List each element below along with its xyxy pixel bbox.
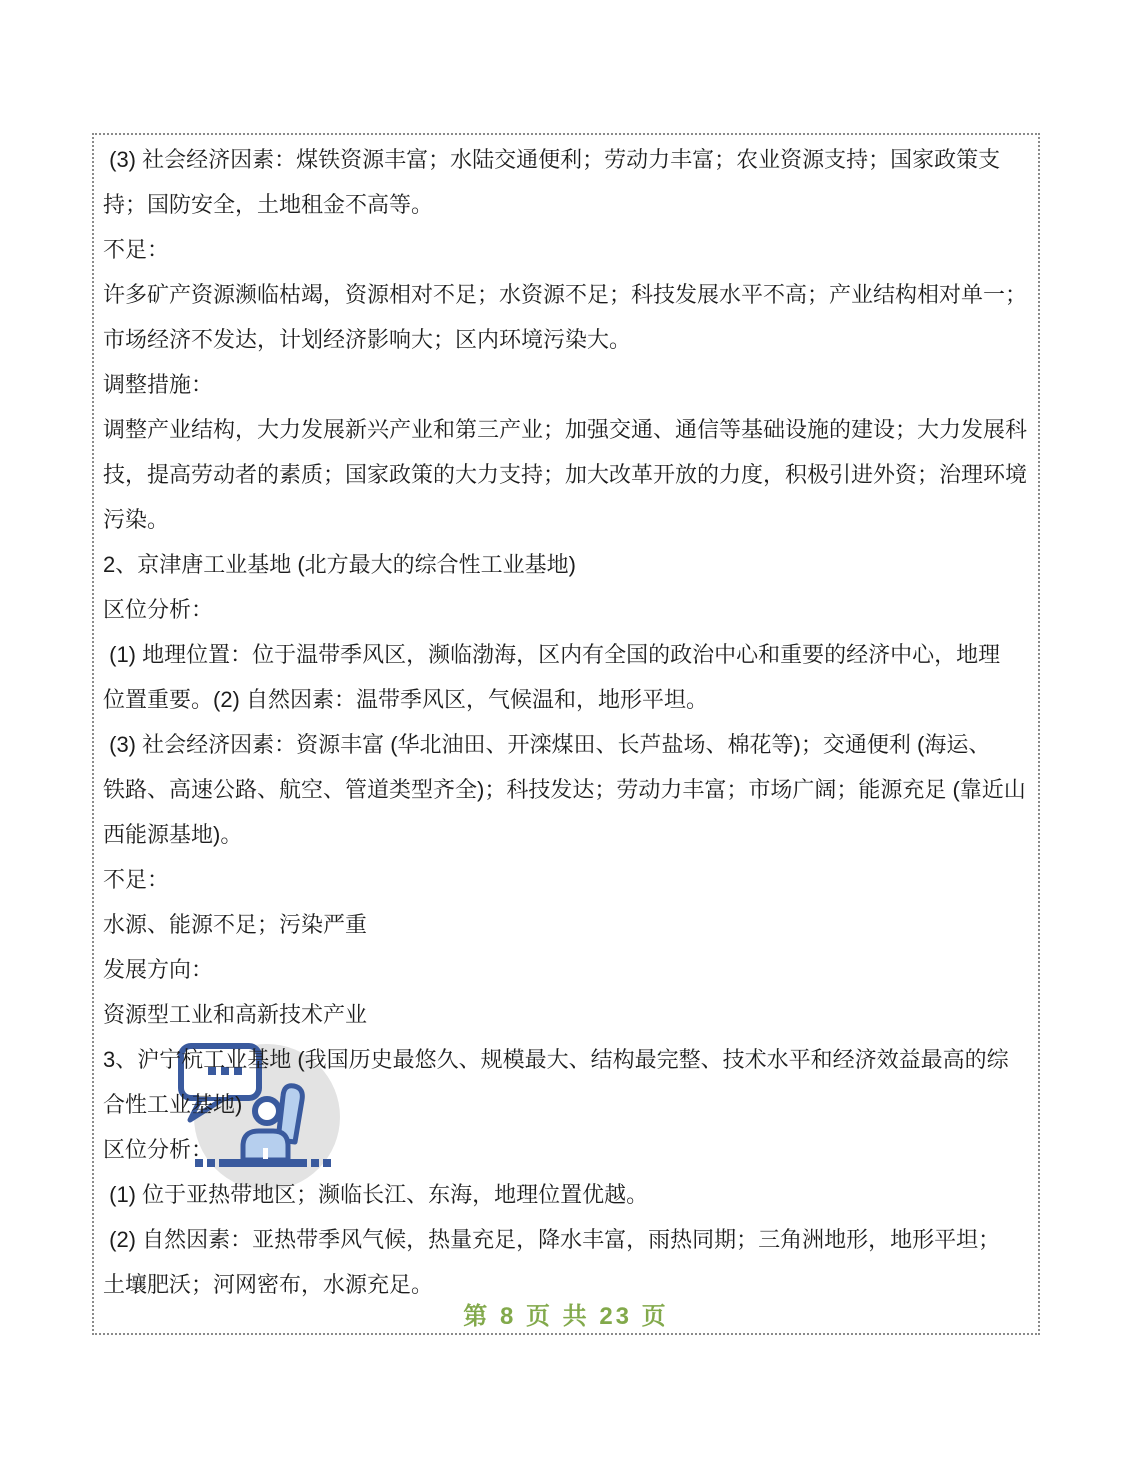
document-text-line: (3) 社会经济因素：煤铁资源丰富；水陆交通便利；劳动力丰富；农业资源支持；国家… xyxy=(103,137,1029,182)
document-text-line: 资源型工业和高新技术产业 xyxy=(103,992,1029,1037)
document-text-line: 调整措施： xyxy=(103,362,1029,407)
document-text-line: 水源、能源不足；污染严重 xyxy=(103,902,1029,947)
document-text-line: 区位分析： xyxy=(103,587,1029,632)
document-text-line: 污染。 xyxy=(103,497,1029,542)
document-text-line: 区位分析： xyxy=(103,1127,1029,1172)
document-text-line: 铁路、高速公路、航空、管道类型齐全)；科技发达；劳动力丰富；市场广阔；能源充足 … xyxy=(103,767,1029,812)
document-text-line: 持；国防安全，土地租金不高等。 xyxy=(103,182,1029,227)
document-text-line: 3、沪宁杭工业基地 (我国历史最悠久、规模最大、结构最完整、技术水平和经济效益最… xyxy=(103,1037,1029,1082)
document-text-line: 不足： xyxy=(103,857,1029,902)
document-text-line: 西能源基地)。 xyxy=(103,812,1029,857)
document-page: { "page": { "footer": "第 8 页 共 23 页" }, … xyxy=(0,0,1133,1467)
document-text-line: 调整产业结构，大力发展新兴产业和第三产业；加强交通、通信等基础设施的建设；大力发… xyxy=(103,407,1029,452)
document-text-line: 技，提高劳动者的素质；国家政策的大力支持；加大改革开放的力度，积极引进外资；治理… xyxy=(103,452,1029,497)
document-text-line: (3) 社会经济因素：资源丰富 (华北油田、开滦煤田、长芦盐场、棉花等)；交通便… xyxy=(103,722,1029,767)
document-text-line: 位置重要。(2) 自然因素：温带季风区，气候温和，地形平坦。 xyxy=(103,677,1029,722)
document-text-line: (2) 自然因素：亚热带季风气候，热量充足，降水丰富，雨热同期；三角洲地形，地形… xyxy=(103,1217,1029,1262)
document-text-block: (3) 社会经济因素：煤铁资源丰富；水陆交通便利；劳动力丰富；农业资源支持；国家… xyxy=(94,135,1038,1307)
document-text-line: (1) 地理位置：位于温带季风区，濒临渤海，区内有全国的政治中心和重要的经济中心… xyxy=(103,632,1029,677)
document-text-line: 发展方向： xyxy=(103,947,1029,992)
document-text-line: 2、京津唐工业基地 (北方最大的综合性工业基地) xyxy=(103,542,1029,587)
page-number-footer: 第 8 页 共 23 页 xyxy=(94,1296,1038,1331)
document-text-line: (1) 位于亚热带地区；濒临长江、东海，地理位置优越。 xyxy=(103,1172,1029,1217)
document-text-line: 市场经济不发达，计划经济影响大；区内环境污染大。 xyxy=(103,317,1029,362)
document-text-line: 合性工业基地) xyxy=(103,1082,1029,1127)
document-table-cell: (3) 社会经济因素：煤铁资源丰富；水陆交通便利；劳动力丰富；农业资源支持；国家… xyxy=(92,133,1040,1335)
document-text-line: 许多矿产资源濒临枯竭，资源相对不足；水资源不足；科技发展水平不高；产业结构相对单… xyxy=(103,272,1029,317)
document-text-line: 不足： xyxy=(103,227,1029,272)
